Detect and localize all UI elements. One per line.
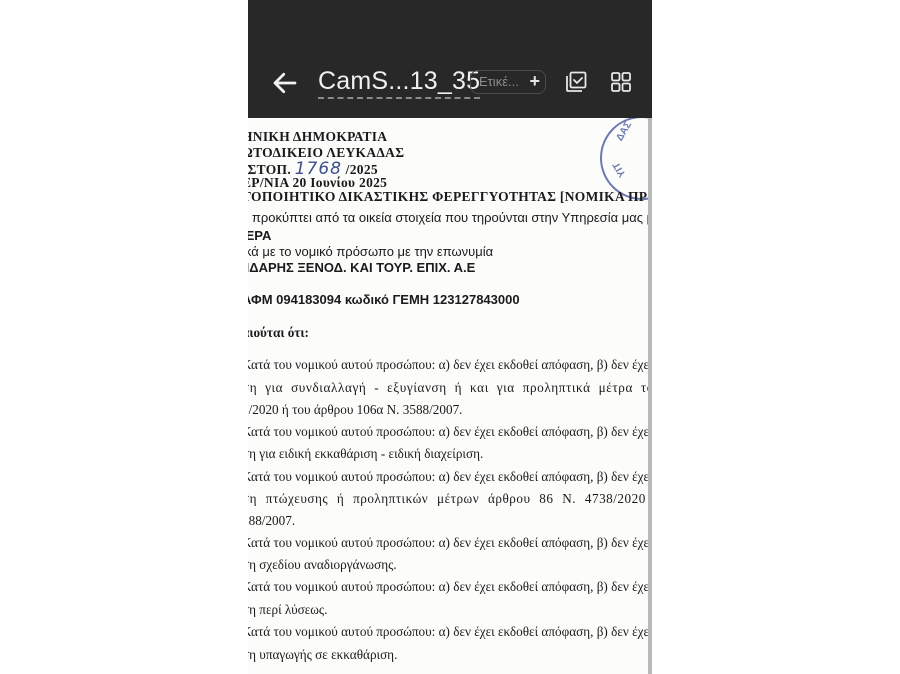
- body-line: ση υπαγωγής σε εκκαθάριση.: [248, 647, 397, 663]
- body-line: Κατά του νομικού αυτού προσώπου: α) δεν …: [248, 579, 648, 595]
- body-line: Κατά του νομικού αυτού προσώπου: α) δεν …: [248, 424, 648, 440]
- tag-label: Ετικέ...: [479, 74, 519, 89]
- plus-icon: +: [529, 70, 540, 92]
- intro-line: ς προκύπτει από τα οικεία στοιχεία που τ…: [248, 210, 648, 225]
- certifies-line: αιούται ότι:: [248, 325, 309, 341]
- stamp-text: ΔΑΣ: [614, 120, 634, 143]
- document-page: ΔΑΣ ΥΙΤ ΗΝΙΚΗ ΔΗΜΟΚΡΑΤΙΑ ΩΤΟΔΙΚΕΙΟ ΛΕΥΚΑ…: [248, 118, 648, 674]
- document-viewer: CamS...13_35 Ετικέ... + ΔΑΣ ΥΙΤ Η: [248, 0, 652, 674]
- afm-line: ΑΦΜ 094183094 κωδικό ΓΕΜΗ 123127843000: [248, 292, 520, 307]
- intro-line: ΙΕΡΑ: [248, 228, 271, 243]
- add-tag-button[interactable]: Ετικέ... +: [470, 70, 546, 94]
- document-title[interactable]: CamS...13_35: [318, 66, 480, 99]
- back-button[interactable]: [270, 68, 300, 98]
- top-toolbar: CamS...13_35 Ετικέ... +: [248, 0, 652, 118]
- body-line: 3/2020 ή του άρθρου 106α Ν. 3588/2007.: [248, 402, 462, 418]
- body-line: Κατά του νομικού αυτού προσώπου: α) δεν …: [248, 469, 648, 485]
- body-line: ση για συνδιαλλαγή - εξυγίανση ή και για…: [248, 380, 648, 396]
- body-line: ση σχεδίου αναδιοργάνωσης.: [248, 557, 397, 573]
- stamp-text: ΥΙΤ: [611, 160, 628, 179]
- body-line: Κατά του νομικού αυτού προσώπου: α) δεν …: [248, 624, 648, 640]
- arrow-left-icon: [270, 68, 300, 98]
- body-line: ση για ειδική εκκαθάριση - ειδική διαχεί…: [248, 446, 483, 462]
- select-pages-button[interactable]: [564, 70, 588, 94]
- grid-view-icon: [611, 72, 631, 92]
- body-line: 588/2007.: [248, 513, 295, 529]
- select-pages-icon: [564, 70, 588, 94]
- document-heading: ΤΟΠΟΙΗΤΙΚΟ ΔΙΚΑΣΤΙΚΗΣ ΦΕΡΕΓΓΥΟΤΗΤΑΣ [ΝΟΜ…: [248, 189, 648, 205]
- intro-line: ικά με το νομικό πρόσωπο με την επωνυμία: [248, 244, 493, 259]
- body-line: ση πτώχευσης ή προληπτικών μέτρων άρθρου…: [248, 491, 648, 507]
- company-name: ΙΙΔΑΡΗΣ ΞΕΝΟΔ. ΚΑΙ ΤΟΥΡ. ΕΠΙΧ. Α.Ε: [248, 260, 475, 275]
- body-line: ση περί λύσεως.: [248, 602, 327, 618]
- court-stamp: ΔΑΣ ΥΙΤ: [600, 118, 648, 200]
- body-line: Κατά του νομικού αυτού προσώπου: α) δεν …: [248, 535, 648, 551]
- body-line: Κατά του νομικού αυτού προσώπου: α) δεν …: [248, 357, 648, 373]
- grid-view-button[interactable]: [611, 72, 631, 92]
- header-line: ΗΝΙΚΗ ΔΗΜΟΚΡΑΤΙΑ: [248, 129, 387, 145]
- page-edge-scrollbar[interactable]: [648, 118, 652, 674]
